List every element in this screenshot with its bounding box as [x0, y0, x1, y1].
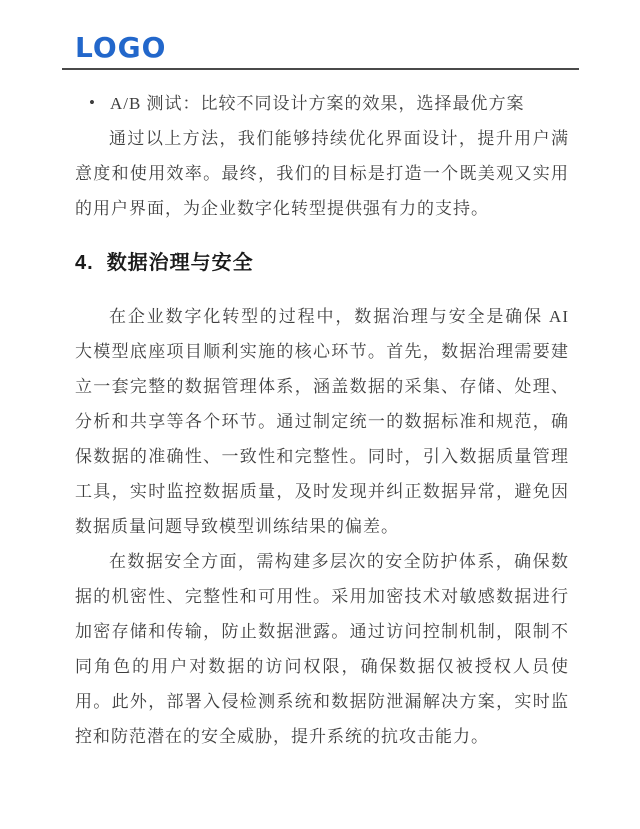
list-item-text: A/B 测试：比较不同设计方案的效果，选择最优方案 — [110, 94, 525, 113]
bullet-icon: • — [89, 85, 96, 120]
paragraph-conclusion: 通过以上方法，我们能够持续优化界面设计，提升用户满意度和使用效率。最终，我们的目… — [75, 121, 569, 226]
section-number: 4. — [75, 249, 94, 277]
list-item: •A/B 测试：比较不同设计方案的效果，选择最优方案 — [75, 86, 569, 121]
document-body: •A/B 测试：比较不同设计方案的效果，选择最优方案 通过以上方法，我们能够持续… — [75, 86, 569, 754]
section-title: 数据治理与安全 — [107, 252, 254, 274]
section-heading: 4.数据治理与安全 — [75, 249, 569, 277]
paragraph-data-governance: 在企业数字化转型的过程中，数据治理与安全是确保 AI 大模型底座项目顺利实施的核… — [75, 299, 569, 544]
header-divider — [62, 68, 579, 70]
company-logo: LOGO — [75, 33, 166, 63]
paragraph-data-security: 在数据安全方面，需构建多层次的安全防护体系，确保数据的机密性、完整性和可用性。采… — [75, 544, 569, 754]
document-page: LOGO •A/B 测试：比较不同设计方案的效果，选择最优方案 通过以上方法，我… — [0, 0, 640, 829]
